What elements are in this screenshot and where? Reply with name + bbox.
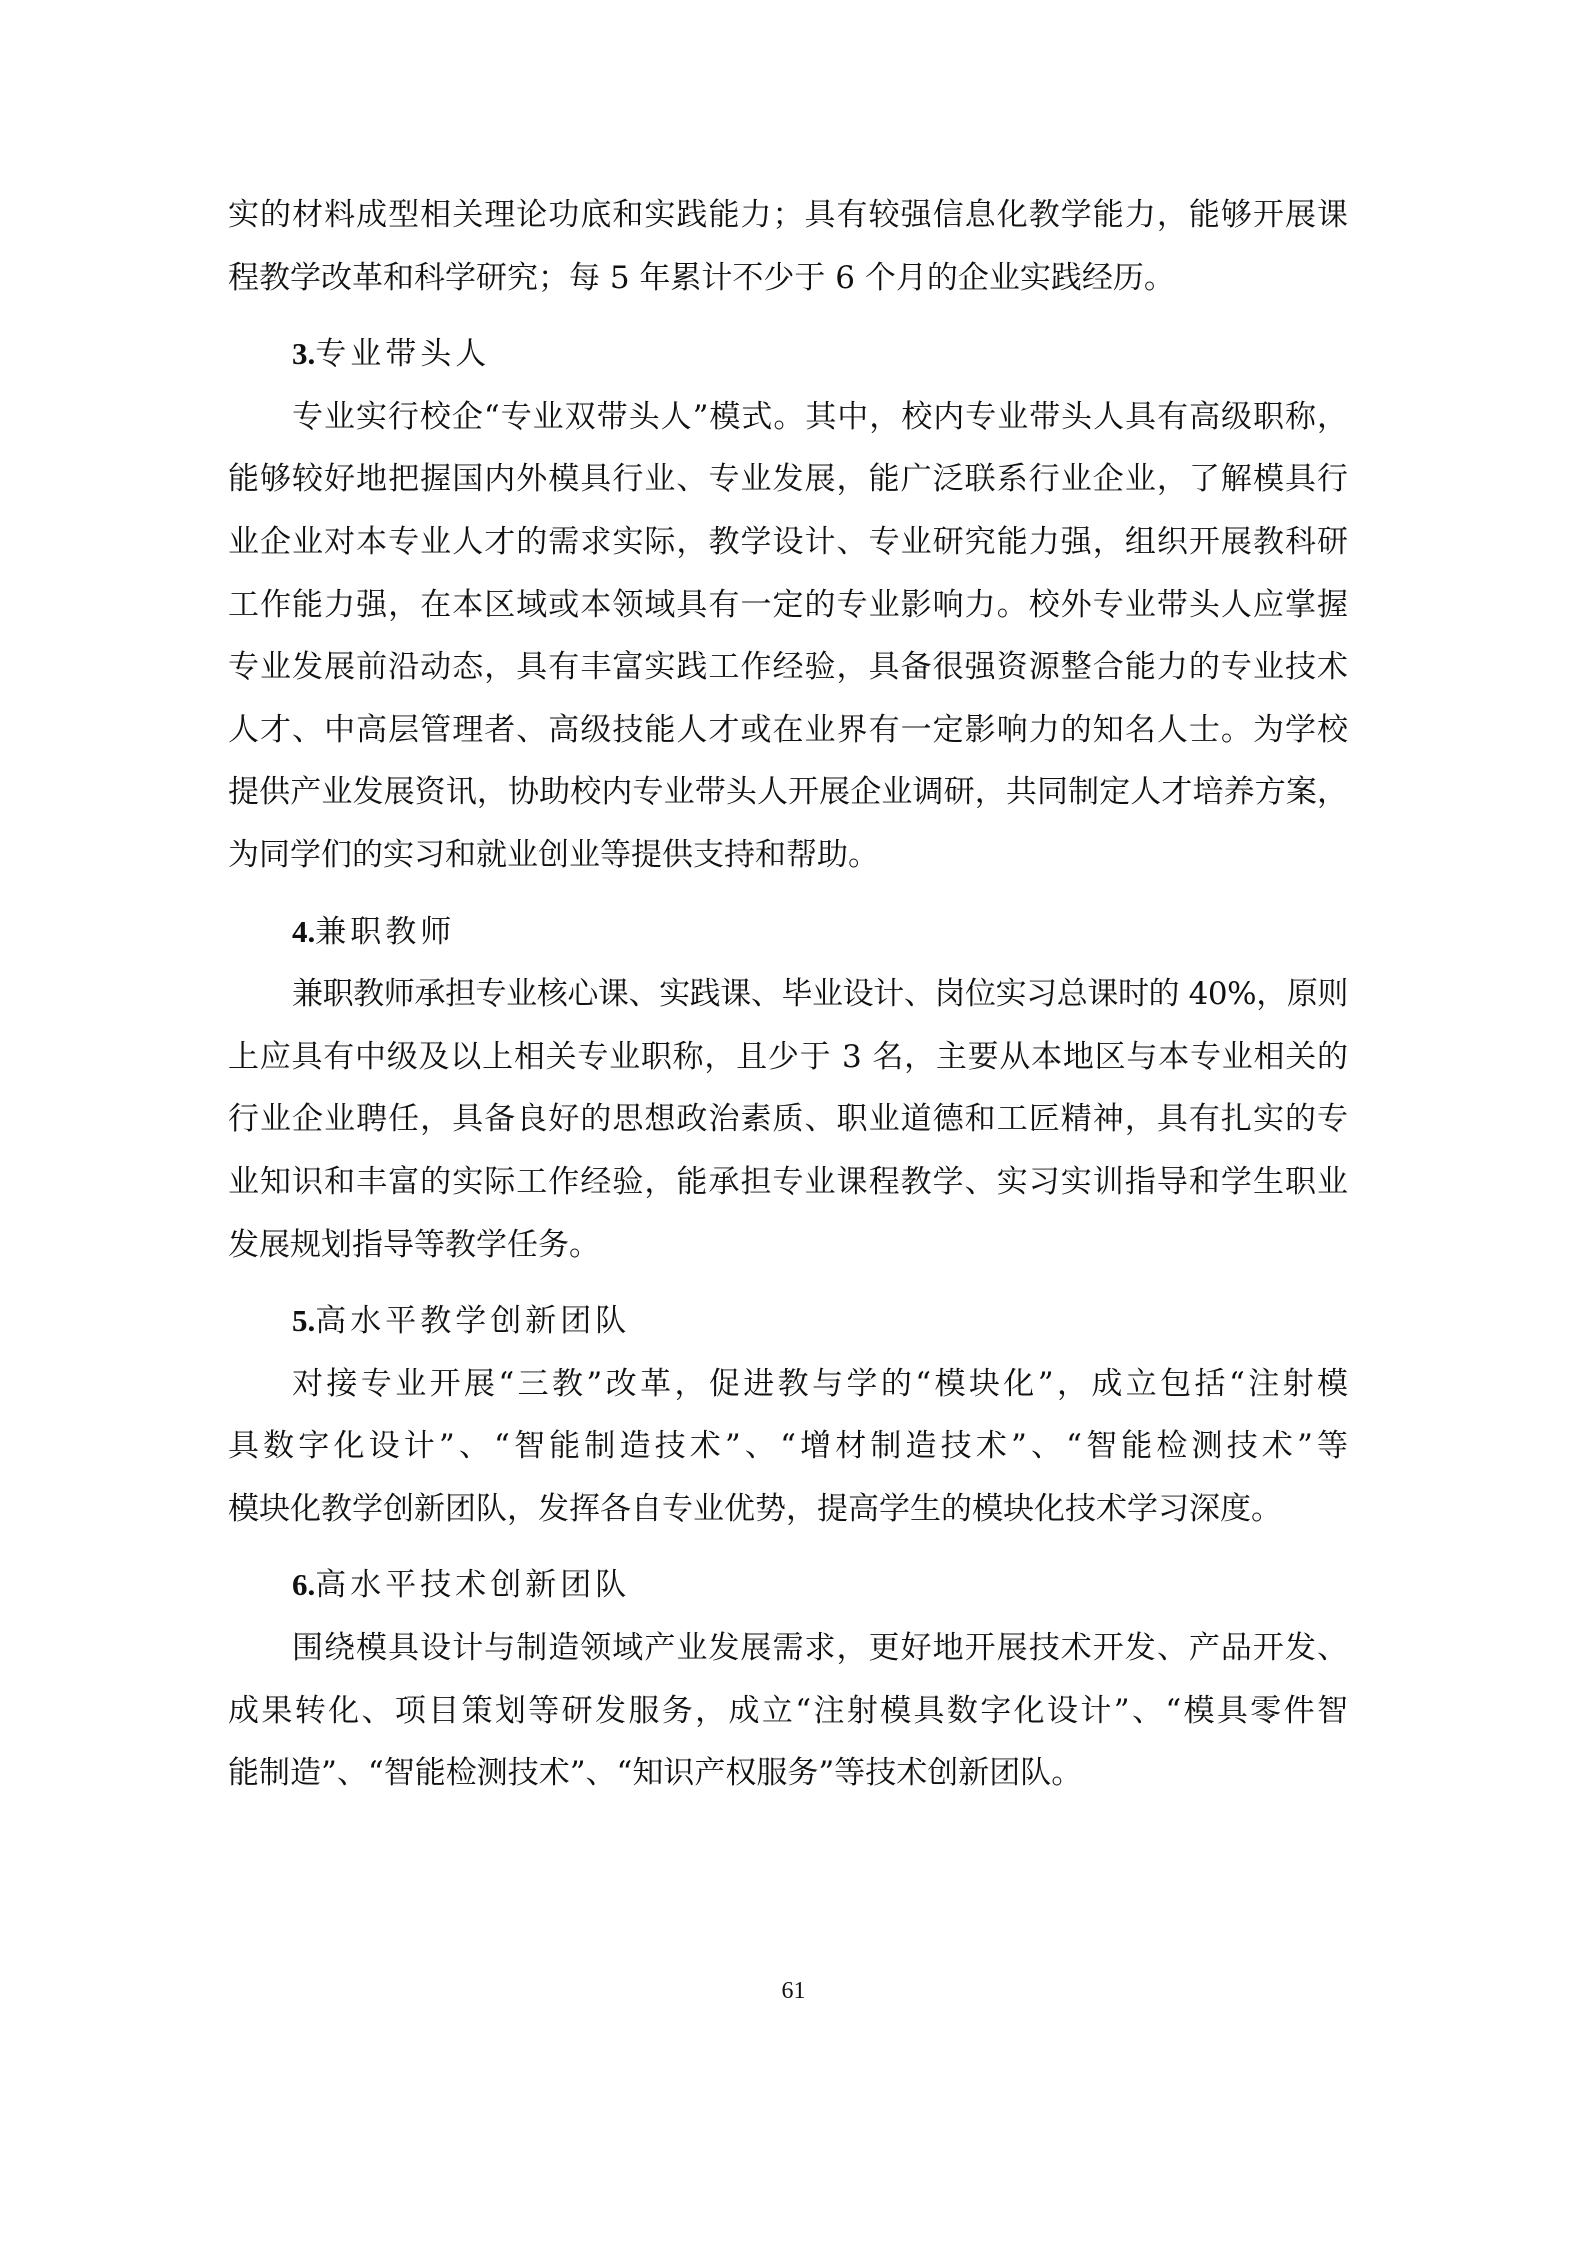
paragraph-line: 业企业对本专业人才的需求实际，教学设计、专业研究能力强，组织开展教科研 [228, 511, 1348, 574]
section-title: 专业带头人 [315, 336, 490, 372]
section-title: 高水平技术创新团队 [315, 1567, 630, 1603]
paragraph-line: 程教学改革和科学研究；每 5 年累计不少于 6 个月的企业实践经历。 [228, 247, 1348, 310]
paragraph-line: 成果转化、项目策划等研发服务，成立“注射模具数字化设计”、“模具零件智 [228, 1680, 1348, 1743]
paragraph-line: 专业实行校企“专业双带头人”模式。其中，校内专业带头人具有高级职称， [228, 386, 1348, 449]
paragraph-line: 围绕模具设计与制造领域产业发展需求，更好地开展技术开发、产品开发、 [228, 1617, 1348, 1680]
section-part-time-teachers: 4.兼职教师 兼职教师承担专业核心课、实践课、毕业设计、岗位实习总课时的 40%… [228, 901, 1348, 1277]
document-page: 实的材料成型相关理论功底和实践能力；具有较强信息化教学能力，能够开展课 程教学改… [228, 184, 1348, 1805]
paragraph-line: 模块化教学创新团队，发挥各自专业优势，提高学生的模块化技术学习深度。 [228, 1478, 1348, 1541]
section-title: 兼职教师 [315, 914, 455, 950]
section-technology-innovation-team: 6.高水平技术创新团队 围绕模具设计与制造领域产业发展需求，更好地开展技术开发、… [228, 1554, 1348, 1804]
paragraph-line: 行业企业聘任，具备良好的思想政治素质、职业道德和工匠精神，具有扎实的专 [228, 1088, 1348, 1151]
section-heading: 6.高水平技术创新团队 [228, 1554, 1348, 1617]
paragraph-line: 提供产业发展资讯，协助校内专业带头人开展企业调研，共同制定人才培养方案， [228, 761, 1348, 824]
section-number: 5. [292, 1303, 315, 1338]
paragraph-line: 具数字化设计”、“智能制造技术”、“增材制造技术”、“智能检测技术”等 [228, 1415, 1348, 1478]
section-heading: 5.高水平教学创新团队 [228, 1290, 1348, 1353]
paragraph-line: 专业发展前沿动态，具有丰富实践工作经验，具备很强资源整合能力的专业技术 [228, 636, 1348, 699]
section-professional-leader: 3.专业带头人 专业实行校企“专业双带头人”模式。其中，校内专业带头人具有高级职… [228, 323, 1348, 886]
section-number: 3. [292, 336, 315, 371]
paragraph-line: 业知识和丰富的实际工作经验，能承担专业课程教学、实习实训指导和学生职业 [228, 1151, 1348, 1214]
paragraph-line: 上应具有中级及以上相关专业职称，且少于 3 名，主要从本地区与本专业相关的 [228, 1026, 1348, 1089]
section-heading: 3.专业带头人 [228, 323, 1348, 386]
paragraph-line: 兼职教师承担专业核心课、实践课、毕业设计、岗位实习总课时的 40%，原则 [228, 963, 1348, 1026]
paragraph-line: 实的材料成型相关理论功底和实践能力；具有较强信息化教学能力，能够开展课 [228, 184, 1348, 247]
section-heading: 4.兼职教师 [228, 901, 1348, 964]
page-number: 61 [0, 1978, 1587, 2005]
paragraph-line: 发展规划指导等教学任务。 [228, 1214, 1348, 1277]
paragraph-line: 为同学们的实习和就业创业等提供支持和帮助。 [228, 824, 1348, 887]
paragraph-line: 对接专业开展“三教”改革，促进教与学的“模块化”，成立包括“注射模 [228, 1353, 1348, 1416]
paragraph-line: 人才、中高层管理者、高级技能人才或在业界有一定影响力的知名人士。为学校 [228, 699, 1348, 762]
paragraph-line: 能够较好地把握国内外模具行业、专业发展，能广泛联系行业企业，了解模具行 [228, 448, 1348, 511]
paragraph-line: 能制造”、“智能检测技术”、“知识产权服务”等技术创新团队。 [228, 1742, 1348, 1805]
section-number: 4. [292, 914, 315, 949]
intro-paragraph: 实的材料成型相关理论功底和实践能力；具有较强信息化教学能力，能够开展课 程教学改… [228, 184, 1348, 309]
paragraph-line: 工作能力强，在本区域或本领域具有一定的专业影响力。校外专业带头人应掌握 [228, 574, 1348, 637]
section-title: 高水平教学创新团队 [315, 1303, 630, 1339]
section-teaching-innovation-team: 5.高水平教学创新团队 对接专业开展“三教”改革，促进教与学的“模块化”，成立包… [228, 1290, 1348, 1540]
section-number: 6. [292, 1567, 315, 1602]
